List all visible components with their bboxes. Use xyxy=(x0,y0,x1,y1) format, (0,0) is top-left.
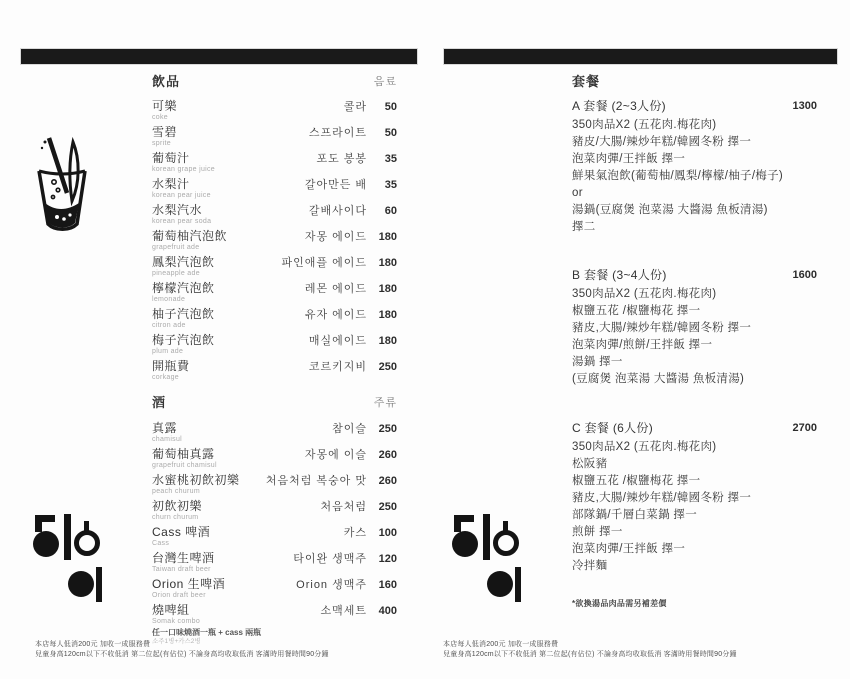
set-line: 松阪豬 xyxy=(572,456,817,473)
set-price: 1600 xyxy=(793,268,817,282)
item-name-kr: 포도 봉봉 xyxy=(316,152,367,166)
item-name-zh: 檸檬汽泡飲 xyxy=(152,282,215,295)
menu-page-drinks: 飲品 음료 可樂coke 콜라 50 雪碧sprite 스프라이트 50 葡萄汁… xyxy=(20,48,418,668)
set-line: 椒鹽五花 /椒鹽梅花 擇一 xyxy=(572,473,817,490)
item-price: 50 xyxy=(367,126,397,140)
set-line: 湯鍋(豆腐煲 泡菜湯 大醬湯 魚板清湯) xyxy=(572,202,817,219)
item-name-en: corkage xyxy=(152,373,190,382)
item-name-en: plum ade xyxy=(152,347,215,356)
item-name-kr: 갈배사이다 xyxy=(309,204,367,218)
item-price: 180 xyxy=(367,282,397,296)
item-name-kr: 소맥세트 xyxy=(320,604,367,618)
menu-item-row: 雪碧sprite 스프라이트 50 xyxy=(152,126,397,152)
top-bar-left xyxy=(20,48,418,65)
item-name-zh: 台灣生啤酒 xyxy=(152,552,215,565)
set-line: 豬皮/大腸/辣炒年糕/韓國冬粉 擇一 xyxy=(572,134,817,151)
item-name-en: grapefruit ade xyxy=(152,243,227,252)
page-footer: 本店每人低消200元 加收一成服務費 兒童身高120cm以下不收低消 第二位起(… xyxy=(443,640,737,660)
item-name-en: Cass xyxy=(152,539,210,548)
item-name-en: Somak combo xyxy=(152,617,261,626)
set-line: 部隊鍋/千層白菜鍋 擇一 xyxy=(572,507,817,524)
item-price: 180 xyxy=(367,230,397,244)
item-name-zh: 初飲初樂 xyxy=(152,500,202,513)
item-note-zh: 任一口味燒酒一瓶 + cass 兩瓶 xyxy=(152,628,261,638)
item-price: 250 xyxy=(367,360,397,374)
item-name-zh: 水梨汽水 xyxy=(152,204,211,217)
item-price: 160 xyxy=(367,578,397,592)
item-name-en: churn churum xyxy=(152,513,202,522)
item-name-kr: Orion 생맥주 xyxy=(296,578,367,592)
set-line: 冷拌麵 xyxy=(572,558,817,575)
item-name-kr: 처음처럼 xyxy=(320,500,367,514)
drink-cup-icon xyxy=(28,133,96,237)
sets-footnote: *欲換湯品肉品需另補差價 xyxy=(572,598,817,609)
set-line: 豬皮,大腸/辣炒年糕/韓國冬粉 擇一 xyxy=(572,320,817,337)
menu-item-row: 可樂coke 콜라 50 xyxy=(152,100,397,126)
item-name-zh: 葡萄柚真露 xyxy=(152,448,217,461)
page-footer: 本店每人低消200元 加收一成服務費 兒童身高120cm以下不收低消 第二位起(… xyxy=(35,640,329,660)
menu-item-row: 真露chamisul 참이슬 250 xyxy=(152,422,397,448)
item-name-zh: 梅子汽泡飲 xyxy=(152,334,215,347)
set-line: 泡菜肉彈/煎餅/王拌飯 擇一 xyxy=(572,337,817,354)
menu-item-row: 葡萄柚汽泡飲grapefruit ade 자몽 에이드 180 xyxy=(152,230,397,256)
item-name-kr: 자몽에 이슬 xyxy=(305,448,367,462)
item-price: 180 xyxy=(367,256,397,270)
item-price: 260 xyxy=(367,448,397,462)
set-line: or xyxy=(572,185,817,202)
set-line: 泡菜肉彈/王拌飯 擇一 xyxy=(572,541,817,558)
item-name-en: korean pear juice xyxy=(152,191,211,200)
item-name-kr: 유자 에이드 xyxy=(305,308,367,322)
item-name-zh: 雪碧 xyxy=(152,126,177,139)
item-name-en: sprite xyxy=(152,139,177,148)
item-price: 50 xyxy=(367,100,397,114)
item-name-en: Taiwan draft beer xyxy=(152,565,215,574)
item-name-zh: 水蜜桃初飲初樂 xyxy=(152,474,240,487)
item-name-kr: 갈아만든 배 xyxy=(305,178,367,192)
footer-line-1: 本店每人低消200元 加收一成服務費 xyxy=(443,640,737,650)
item-price: 400 xyxy=(367,604,397,618)
set-line: 350肉品X2 (五花肉.梅花肉) xyxy=(572,117,817,134)
item-name-en: korean grape juice xyxy=(152,165,215,174)
set-line: 泡菜肉彈/王拌飯 擇一 xyxy=(572,151,817,168)
menu-item-row: 鳳梨汽泡飲pineapple ade 파인애플 에이드 180 xyxy=(152,256,397,282)
set-menu-c: C 套餐 (6人份) 2700 350肉品X2 (五花肉.梅花肉) 松阪豬 椒鹽… xyxy=(572,421,817,575)
item-price: 35 xyxy=(367,152,397,166)
menu-item-row: 葡萄柚真露grapefruit chamisul 자몽에 이슬 260 xyxy=(152,448,397,474)
item-name-kr: 카스 xyxy=(344,526,367,540)
menu-item-row: 梅子汽泡飲plum ade 매실에이드 180 xyxy=(152,334,397,360)
item-name-zh: Orion 生啤酒 xyxy=(152,578,225,591)
item-name-kr: 타이완 생맥주 xyxy=(293,552,367,566)
item-name-en: pineapple ade xyxy=(152,269,215,278)
menu-item-row: 檸檬汽泡飲lemonade 레몬 에이드 180 xyxy=(152,282,397,308)
section-header-drinks: 飲品 음료 xyxy=(152,75,397,89)
section-header-sets: 套餐 xyxy=(572,75,817,88)
menu-item-row: 水梨汽水korean pear soda 갈배사이다 60 xyxy=(152,204,397,230)
set-line: 湯鍋 擇一 xyxy=(572,354,817,371)
item-name-en: peach churum xyxy=(152,487,240,496)
menu-item-row: 葡萄汁korean grape juice 포도 봉봉 35 xyxy=(152,152,397,178)
set-line: 350肉品X2 (五花肉.梅花肉) xyxy=(572,286,817,303)
section-header-alcohol: 酒 주류 xyxy=(152,396,397,410)
menu-item-row: 水蜜桃初飲初樂peach churum 처음처럼 복숭아 맛 260 xyxy=(152,474,397,500)
item-name-zh: 可樂 xyxy=(152,100,177,113)
set-title: C 套餐 (6人份) xyxy=(572,421,653,435)
menu-item-row: 水梨汁korean pear juice 갈아만든 배 35 xyxy=(152,178,397,204)
section-title-kr: 음료 xyxy=(374,75,397,89)
set-line: 椒鹽五花 /椒鹽梅花 擇一 xyxy=(572,303,817,320)
menu-item-row: Cass 啤酒Cass 카스 100 xyxy=(152,526,397,552)
set-title: B 套餐 (3~4人份) xyxy=(572,268,667,282)
top-bar-right xyxy=(443,48,838,65)
set-menu-a: A 套餐 (2~3人份) 1300 350肉品X2 (五花肉.梅花肉) 豬皮/大… xyxy=(572,99,817,236)
item-price: 250 xyxy=(367,500,397,514)
item-name-zh: 鳳梨汽泡飲 xyxy=(152,256,215,269)
footer-line-2: 兒童身高120cm以下不收低消 第二位起(有佔位) 不論身高均收取低消 客滿時用… xyxy=(443,650,737,660)
item-price: 100 xyxy=(367,526,397,540)
item-name-en: grapefruit chamisul xyxy=(152,461,217,470)
item-name-kr: 파인애플 에이드 xyxy=(282,256,367,270)
item-name-kr: 스프라이트 xyxy=(309,126,367,140)
item-price: 180 xyxy=(367,308,397,322)
item-name-zh: Cass 啤酒 xyxy=(152,526,210,539)
item-name-zh: 燒啤組 xyxy=(152,604,261,617)
item-name-kr: 레몬 에이드 xyxy=(305,282,367,296)
set-line: 350肉品X2 (五花肉.梅花肉) xyxy=(572,439,817,456)
item-name-zh: 真露 xyxy=(152,422,182,435)
item-name-en: lemonade xyxy=(152,295,215,304)
item-name-zh: 葡萄汁 xyxy=(152,152,215,165)
section-title-zh: 酒 xyxy=(152,396,166,409)
item-name-zh: 柚子汽泡飲 xyxy=(152,308,215,321)
item-name-en: Orion draft beer xyxy=(152,591,225,600)
menu-scan: 飲品 음료 可樂coke 콜라 50 雪碧sprite 스프라이트 50 葡萄汁… xyxy=(0,0,850,679)
set-price: 2700 xyxy=(793,421,817,435)
item-name-kr: 매실에이드 xyxy=(309,334,367,348)
item-price: 260 xyxy=(367,474,397,488)
item-name-en: citron ade xyxy=(152,321,215,330)
item-name-kr: 참이슬 xyxy=(332,422,367,436)
item-name-kr: 콜라 xyxy=(344,100,367,114)
item-name-kr: 코르키지비 xyxy=(309,360,367,374)
item-name-kr: 자몽 에이드 xyxy=(305,230,367,244)
item-name-en: chamisul xyxy=(152,435,182,444)
section-title-kr: 주류 xyxy=(374,396,397,410)
set-menu-b: B 套餐 (3~4人份) 1600 350肉品X2 (五花肉.梅花肉) 椒鹽五花… xyxy=(572,268,817,388)
item-name-zh: 開瓶費 xyxy=(152,360,190,373)
menu-page-sets: 套餐 A 套餐 (2~3人份) 1300 350肉品X2 (五花肉.梅花肉) 豬… xyxy=(443,48,838,668)
section-title-zh: 套餐 xyxy=(572,75,600,88)
set-line: 煎餅 擇一 xyxy=(572,524,817,541)
item-name-kr: 처음처럼 복숭아 맛 xyxy=(266,474,367,488)
set-price: 1300 xyxy=(793,99,817,113)
brand-logo-icon xyxy=(451,514,523,604)
set-line: (豆腐煲 泡菜湯 大醬湯 魚板清湯) xyxy=(572,371,817,388)
item-name-en: coke xyxy=(152,113,177,122)
item-price: 120 xyxy=(367,552,397,566)
item-name-en: korean pear soda xyxy=(152,217,211,226)
item-price: 35 xyxy=(367,178,397,192)
footer-line-1: 本店每人低消200元 加收一成服務費 xyxy=(35,640,329,650)
set-line: 豬皮,大腸/辣炒年糕/韓國冬粉 擇一 xyxy=(572,490,817,507)
item-price: 60 xyxy=(367,204,397,218)
brand-logo-icon xyxy=(32,514,104,604)
menu-item-row: 初飲初樂churn churum 처음처럼 250 xyxy=(152,500,397,526)
menu-item-row: 開瓶費corkage 코르키지비 250 xyxy=(152,360,397,386)
item-price: 250 xyxy=(367,422,397,436)
menu-item-row: 台灣生啤酒Taiwan draft beer 타이완 생맥주 120 xyxy=(152,552,397,578)
item-name-zh: 水梨汁 xyxy=(152,178,211,191)
item-name-zh: 葡萄柚汽泡飲 xyxy=(152,230,227,243)
menu-item-row: Orion 生啤酒Orion draft beer Orion 생맥주 160 xyxy=(152,578,397,604)
set-title: A 套餐 (2~3人份) xyxy=(572,99,666,113)
menu-item-row: 柚子汽泡飲citron ade 유자 에이드 180 xyxy=(152,308,397,334)
footer-line-2: 兒童身高120cm以下不收低消 第二位起(有佔位) 不論身高均收取低消 客滿時用… xyxy=(35,650,329,660)
set-line: 擇二 xyxy=(572,219,817,236)
item-price: 180 xyxy=(367,334,397,348)
set-line: 鮮果氣泡飲(葡萄柚/鳳梨/檸檬/柚子/梅子) xyxy=(572,168,817,185)
section-title-zh: 飲品 xyxy=(152,75,180,88)
